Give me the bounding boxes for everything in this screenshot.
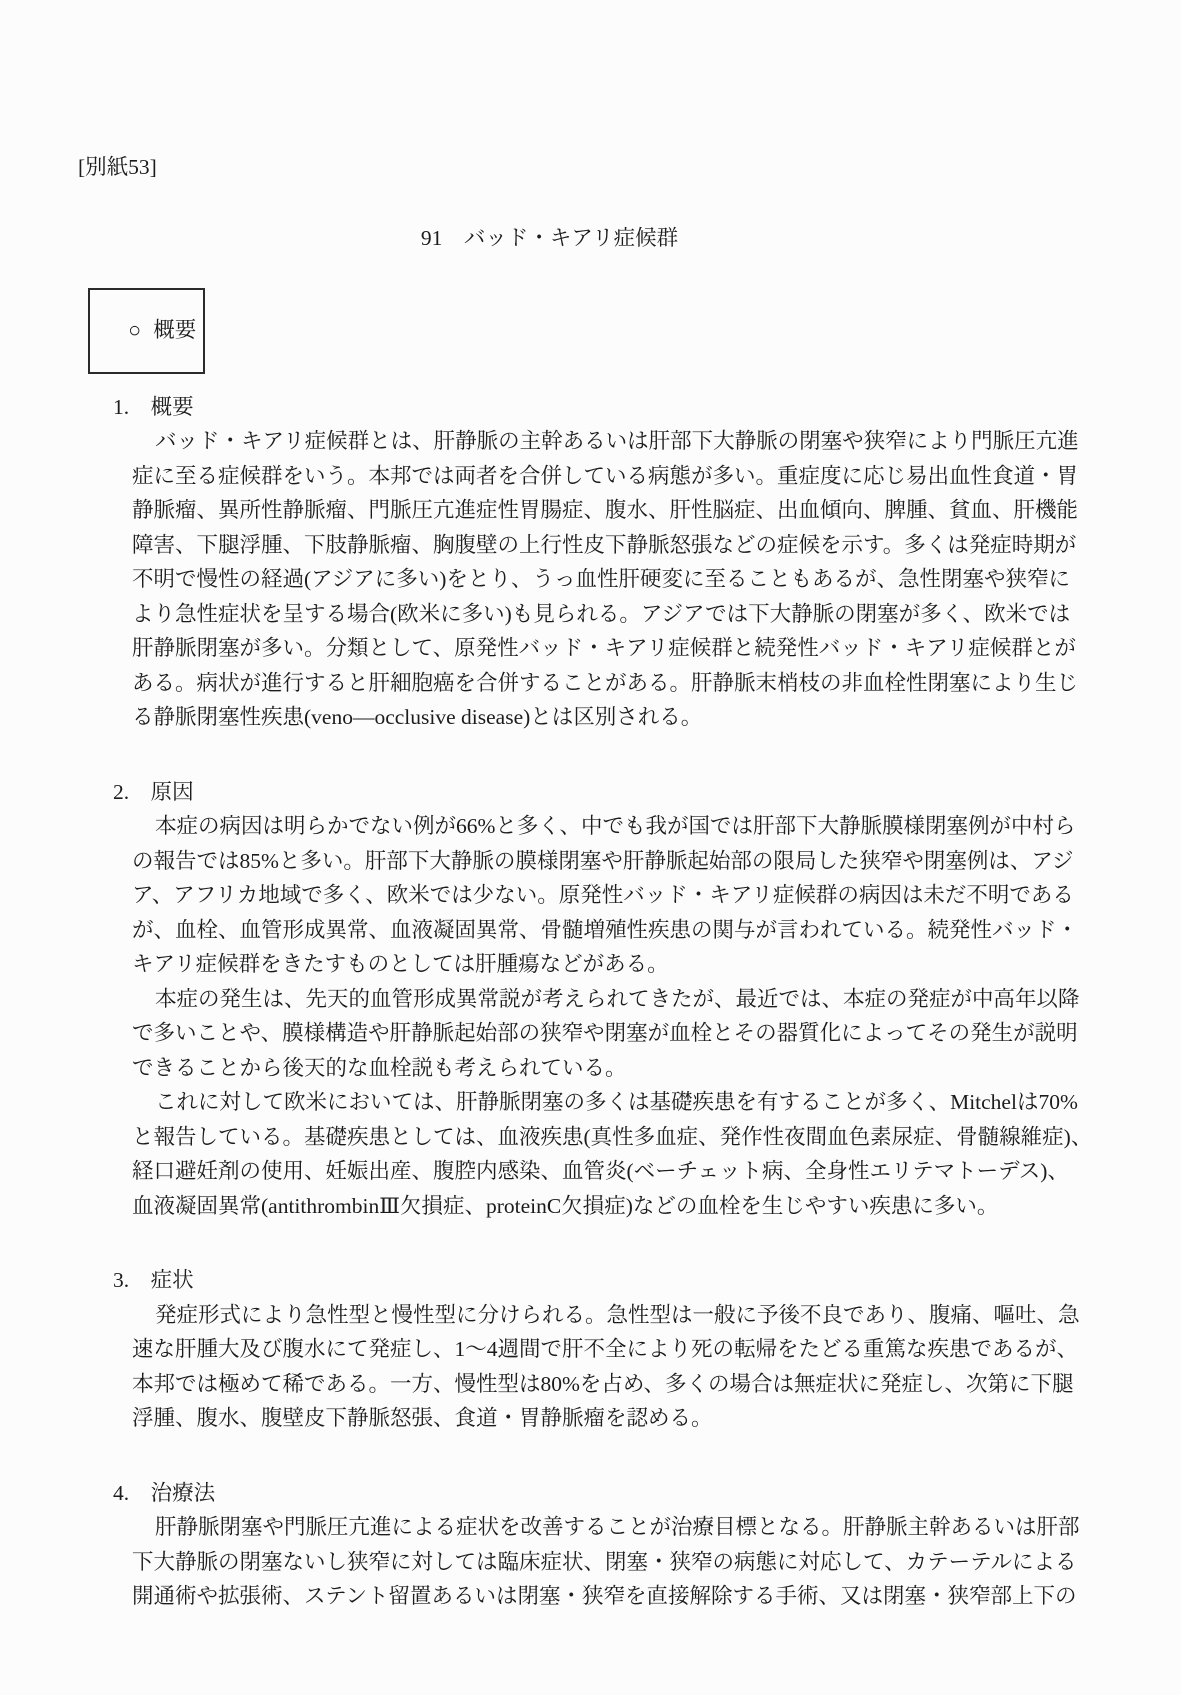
text-line: 静脈瘤、異所性静脈瘤、門脈圧亢進症性胃腸症、腹水、肝性脳症、出血傾向、脾腫、貧血… <box>132 493 1117 528</box>
text-line: 障害、下腿浮腫、下肢静脈瘤、胸腹壁の上行性皮下静脈怒張などの症候を示す。多くは発… <box>132 528 1117 563</box>
text-line: 症に至る症候群をいう。本邦では両者を合併している病態が多い。重症度に応じ易出血性… <box>132 459 1117 494</box>
text-line: ある。病状が進行すると肝細胞癌を合併することがある。肝静脈末梢枝の非血栓性閉塞に… <box>132 666 1117 701</box>
overview-box-row: ○概要 <box>88 288 1117 375</box>
text-line: 速な肝腫大及び腹水にて発症し、1～4週間で肝不全により死の転帰をたどる重篤な疾患… <box>132 1332 1117 1367</box>
document-page: [別紙53] 91 バッド・キアリ症候群 ○概要 1. 概要バッド・キアリ症候群… <box>0 0 1181 1695</box>
text-line: 本邦では極めて稀である。一方、慢性型は80%を占め、多くの場合は無症状に発症し、… <box>132 1367 1117 1402</box>
text-line: より急性症状を呈する場合(欧米に多い)も見られる。アジアでは下大静脈の閉塞が多く… <box>132 597 1117 632</box>
section-cause: 2. 原因本症の病因は明らかでない例が66%と多く、中でも我が国では肝部下大静脈… <box>78 775 1117 1224</box>
section-overview: 1. 概要バッド・キアリ症候群とは、肝静脈の主幹あるいは肝部下大静脈の閉塞や狭窄… <box>78 390 1117 735</box>
section-heading-overview: 1. 概要 <box>113 390 1117 425</box>
text-line: 肝静脈閉塞が多い。分類として、原発性バッド・キアリ症候群と続発性バッド・キアリ症… <box>132 631 1117 666</box>
section-heading-cause: 2. 原因 <box>113 775 1117 810</box>
section-symptoms: 3. 症状発症形式により急性型と慢性型に分けられる。急性型は一般に予後不良であり… <box>78 1263 1117 1436</box>
text-line: 開通術や拡張術、ステント留置あるいは閉塞・狭窄を直接解除する手術、又は閉塞・狭窄… <box>132 1579 1117 1614</box>
text-line: 下大静脈の閉塞ないし狭窄に対しては臨床症状、閉塞・狭窄の病態に対応して、カテーテ… <box>132 1545 1117 1580</box>
text-line: と報告している。基礎疾患としては、血液疾患(真性多血症、発作性夜間血色素尿症、骨… <box>132 1120 1117 1155</box>
text-line: できることから後天的な血栓説も考えられている。 <box>132 1051 1117 1086</box>
text-line: が、血栓、血管形成異常、血液凝固異常、骨髄増殖性疾患の関与が言われている。続発性… <box>132 913 1117 948</box>
text-line: 発症形式により急性型と慢性型に分けられる。急性型は一般に予後不良であり、腹痛、嘔… <box>155 1298 1117 1333</box>
section-treatment: 4. 治療法肝静脈閉塞や門脈圧亢進による症状を改善することが治療目標となる。肝静… <box>78 1476 1117 1614</box>
document-title: 91 バッド・キアリ症候群 <box>78 221 1117 256</box>
section-heading-treatment: 4. 治療法 <box>113 1476 1117 1511</box>
text-line: キアリ症候群をきたすものとしては肝腫瘍などがある。 <box>132 947 1117 982</box>
text-line: 血液凝固異常(antithrombinⅢ欠損症、proteinC欠損症)などの血… <box>132 1189 1117 1224</box>
text-line: る静脈閉塞性疾患(veno―occlusive disease)とは区別される。 <box>132 700 1117 735</box>
text-line: 肝静脈閉塞や門脈圧亢進による症状を改善することが治療目標となる。肝静脈主幹あるい… <box>155 1510 1117 1545</box>
text-line: 浮腫、腹水、腹壁皮下静脈怒張、食道・胃静脈瘤を認める。 <box>132 1401 1117 1436</box>
text-line: 不明で慢性の経過(アジアに多い)をとり、うっ血性肝硬変に至ることもあるが、急性閉… <box>132 562 1117 597</box>
circle-marker-icon: ○ <box>128 318 141 342</box>
text-line: 本症の発生は、先天的血管形成異常説が考えられてきたが、最近では、本症の発症が中高… <box>155 982 1117 1017</box>
text-line: 本症の病因は明らかでない例が66%と多く、中でも我が国では肝部下大静脈膜様閉塞例… <box>155 809 1117 844</box>
text-line: ア、アフリカ地域で多く、欧米では少ない。原発性バッド・キアリ症候群の病因は未だ不… <box>132 878 1117 913</box>
document-sections: 1. 概要バッド・キアリ症候群とは、肝静脈の主幹あるいは肝部下大静脈の閉塞や狭窄… <box>78 390 1117 1614</box>
text-line: 経口避妊剤の使用、妊娠出産、腹腔内感染、血管炎(ベーチェット病、全身性エリテマト… <box>132 1154 1117 1189</box>
attachment-label: [別紙53] <box>78 150 1117 185</box>
text-line: これに対して欧米においては、肝静脈閉塞の多くは基礎疾患を有することが多く、Mit… <box>155 1085 1117 1120</box>
text-line: バッド・キアリ症候群とは、肝静脈の主幹あるいは肝部下大静脈の閉塞や狭窄により門脈… <box>155 424 1117 459</box>
section-heading-symptoms: 3. 症状 <box>113 1263 1117 1298</box>
text-line: の報告では85%と多い。肝部下大静脈の膜様閉塞や肝静脈起始部の限局した狭窄や閉塞… <box>132 844 1117 879</box>
overview-box-label: 概要 <box>153 318 196 342</box>
overview-box: ○概要 <box>88 288 205 374</box>
text-line: で多いことや、膜様構造や肝静脈起始部の狭窄や閉塞が血栓とその器質化によってその発… <box>132 1016 1117 1051</box>
